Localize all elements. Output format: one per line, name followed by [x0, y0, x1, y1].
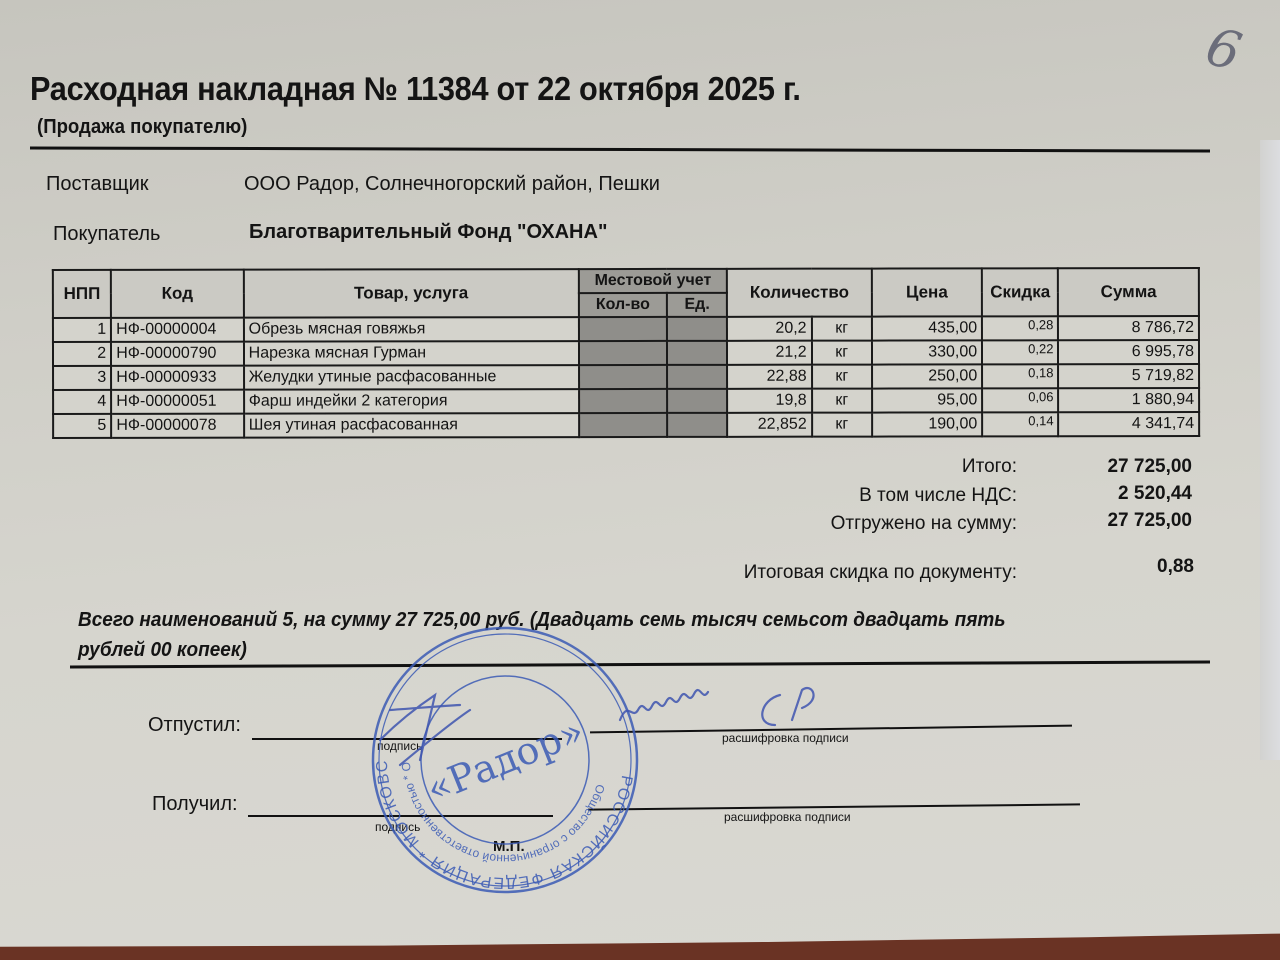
buyer-label: Покупатель	[53, 223, 160, 246]
adjacent-page-edge	[1260, 140, 1280, 760]
row-qty: 20,2	[727, 317, 811, 341]
row-price: 250,00	[872, 364, 982, 388]
row-unit: кг	[812, 341, 872, 365]
row-place-unit	[667, 413, 727, 437]
row-qty: 22,88	[727, 365, 811, 389]
row-discount: 0,06	[982, 388, 1058, 412]
col-place-unit: Ед.	[667, 293, 727, 317]
row-code: НФ-00000051	[111, 390, 243, 414]
row-product: Обрезь мясная говяжья	[244, 317, 579, 342]
col-quantity: Количество	[727, 269, 872, 317]
received-decode-caption: расшифровка подписи	[724, 810, 851, 824]
col-code: Код	[111, 270, 244, 318]
row-place-qty	[579, 341, 667, 365]
doc-discount-value: 0,88	[994, 556, 1194, 578]
table-row: 5НФ-00000078Шея утиная расфасованная22,8…	[53, 412, 1199, 438]
row-place-qty	[579, 413, 667, 437]
vat-label: В том числе НДС:	[617, 485, 1017, 507]
total-value: 27 725,00	[992, 456, 1192, 478]
received-label: Получил:	[152, 793, 238, 816]
supplier-value: ООО Радор, Солнечногорский район, Пешки	[244, 173, 660, 196]
row-qty: 21,2	[727, 341, 811, 365]
table-row: 3НФ-00000933Желудки утиные расфасованные…	[53, 364, 1199, 390]
row-npp: 2	[53, 342, 111, 366]
row-place-unit	[667, 389, 727, 413]
row-sum: 1 880,94	[1058, 388, 1199, 412]
row-sum: 4 341,74	[1059, 412, 1200, 436]
row-price: 330,00	[872, 340, 982, 364]
row-sum: 6 995,78	[1058, 340, 1199, 364]
document-title: Расходная накладная № 11384 от 22 октябр…	[30, 70, 801, 108]
col-product: Товар, услуга	[244, 269, 579, 318]
col-discount: Скидка	[982, 268, 1058, 316]
row-discount: 0,14	[982, 412, 1058, 436]
row-npp: 5	[53, 414, 111, 438]
row-discount: 0,22	[982, 340, 1058, 364]
table-row: 4НФ-00000051Фарш индейки 2 категория19,8…	[53, 388, 1199, 414]
shipped-value: 27 725,00	[992, 510, 1192, 532]
row-place-unit	[667, 365, 727, 389]
shipped-label: Отгружено на сумму:	[617, 513, 1017, 535]
total-label: Итого:	[617, 456, 1017, 478]
col-place-qty: Кол-во	[579, 293, 667, 317]
col-place-group: Местовой учет	[579, 269, 728, 293]
supplier-label: Поставщик	[46, 173, 149, 196]
row-unit: кг	[812, 389, 872, 413]
row-product: Шея утиная расфасованная	[244, 413, 579, 438]
table-row: 2НФ-00000790Нарезка мясная Гурман21,2кг3…	[53, 340, 1199, 366]
row-code: НФ-00000004	[111, 318, 243, 342]
row-place-qty	[579, 389, 667, 413]
buyer-value: Благотварительный Фонд "ОХАНА"	[249, 221, 607, 244]
row-place-unit	[667, 341, 727, 365]
row-code: НФ-00000078	[111, 414, 243, 438]
released-label: Отпустил:	[148, 714, 241, 737]
paper-sheet	[0, 0, 1280, 960]
row-npp: 1	[53, 318, 111, 342]
row-price: 190,00	[872, 412, 982, 436]
row-sum: 8 786,72	[1058, 316, 1199, 340]
row-product: Нарезка мясная Гурман	[244, 341, 579, 366]
row-npp: 4	[53, 390, 111, 414]
row-npp: 3	[53, 366, 111, 390]
row-unit: кг	[812, 365, 872, 389]
row-place-unit	[667, 317, 727, 341]
row-price: 95,00	[872, 388, 982, 412]
row-code: НФ-00000790	[111, 342, 243, 366]
col-npp: НПП	[53, 270, 111, 318]
row-unit: кг	[812, 317, 872, 341]
col-price: Цена	[872, 268, 982, 316]
row-price: 435,00	[872, 316, 982, 340]
row-sum: 5 719,82	[1058, 364, 1199, 388]
doc-discount-label: Итоговая скидка по документу:	[617, 562, 1017, 584]
row-discount: 0,18	[982, 364, 1058, 388]
table-row: 1НФ-00000004Обрезь мясная говяжья20,2кг4…	[53, 316, 1199, 342]
document-subtitle: (Продажа покупателю)	[37, 116, 247, 139]
table-header-row: НПП Код Товар, услуга Местовой учет Коли…	[53, 268, 1199, 294]
row-qty: 22,852	[727, 413, 811, 437]
row-discount: 0,28	[982, 316, 1058, 340]
items-table: НПП Код Товар, услуга Местовой учет Коли…	[52, 267, 1200, 439]
row-unit: кг	[812, 413, 872, 437]
vat-value: 2 520,44	[992, 483, 1192, 505]
row-code: НФ-00000933	[111, 366, 243, 390]
row-place-qty	[579, 317, 667, 341]
row-place-qty	[579, 365, 667, 389]
col-sum: Сумма	[1058, 268, 1199, 316]
row-qty: 19,8	[727, 389, 811, 413]
row-product: Фарш индейки 2 категория	[244, 389, 579, 414]
handwritten-signature	[360, 680, 830, 790]
row-product: Желудки утиные расфасованные	[244, 365, 579, 390]
